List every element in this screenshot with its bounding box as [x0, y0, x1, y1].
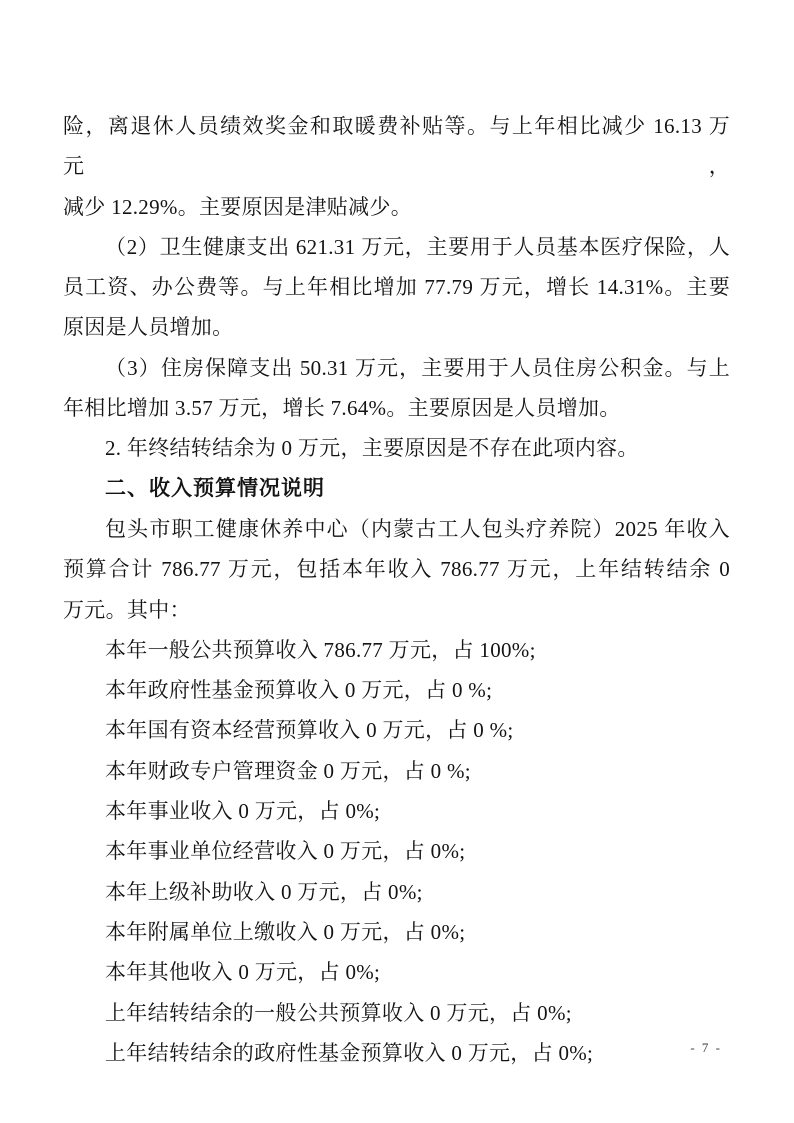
text-line: 本年附属单位上缴收入 0 万元，占 0%;	[63, 912, 730, 952]
text-line: 减少 12.29%。主要原因是津贴减少。	[63, 187, 730, 227]
text-line: 险，离退休人员绩效奖金和取暖费补贴等。与上年相比减少 16.13 万元，	[63, 106, 730, 187]
text-line: 本年上级补助收入 0 万元，占 0%;	[63, 872, 730, 912]
text-line: 上年结转结余的政府性基金预算收入 0 万元，占 0%;	[63, 1033, 730, 1073]
page-number: - 7 -	[690, 1040, 722, 1056]
text-line: 本年政府性基金预算收入 0 万元，占 0 %;	[63, 670, 730, 710]
text-line: （3）住房保障支出 50.31 万元，主要用于人员住房公积金。与上	[63, 348, 730, 388]
text-line: 原因是人员增加。	[63, 307, 730, 347]
text-line: （2）卫生健康支出 621.31 万元，主要用于人员基本医疗保险，人	[63, 227, 730, 267]
document-body: 险，离退休人员绩效奖金和取暖费补贴等。与上年相比减少 16.13 万元，减少 1…	[63, 106, 730, 1073]
text-line: 员工资、办公费等。与上年相比增加 77.79 万元，增长 14.31%。主要	[63, 267, 730, 307]
text-line: 上年结转结余的一般公共预算收入 0 万元，占 0%;	[63, 993, 730, 1033]
text-line: 2. 年终结转结余为 0 万元，主要原因是不存在此项内容。	[63, 428, 730, 468]
text-line: 本年事业单位经营收入 0 万元，占 0%;	[63, 831, 730, 871]
section-heading: 二、收入预算情况说明	[63, 469, 730, 509]
document-page: 险，离退休人员绩效奖金和取暖费补贴等。与上年相比减少 16.13 万元，减少 1…	[0, 0, 794, 1123]
text-line: 预算合计 786.77 万元，包括本年收入 786.77 万元，上年结转结余 0	[63, 549, 730, 589]
text-line: 本年财政专户管理资金 0 万元，占 0 %;	[63, 751, 730, 791]
text-line: 包头市职工健康休养中心（内蒙古工人包头疗养院）2025 年收入	[63, 509, 730, 549]
text-line: 本年其他收入 0 万元，占 0%;	[63, 952, 730, 992]
text-line: 万元。其中：	[63, 590, 730, 630]
text-line: 本年国有资本经营预算收入 0 万元，占 0 %;	[63, 710, 730, 750]
text-line: 年相比增加 3.57 万元，增长 7.64%。主要原因是人员增加。	[63, 388, 730, 428]
text-line: 本年事业收入 0 万元，占 0%;	[63, 791, 730, 831]
text-line: 本年一般公共预算收入 786.77 万元，占 100%;	[63, 630, 730, 670]
